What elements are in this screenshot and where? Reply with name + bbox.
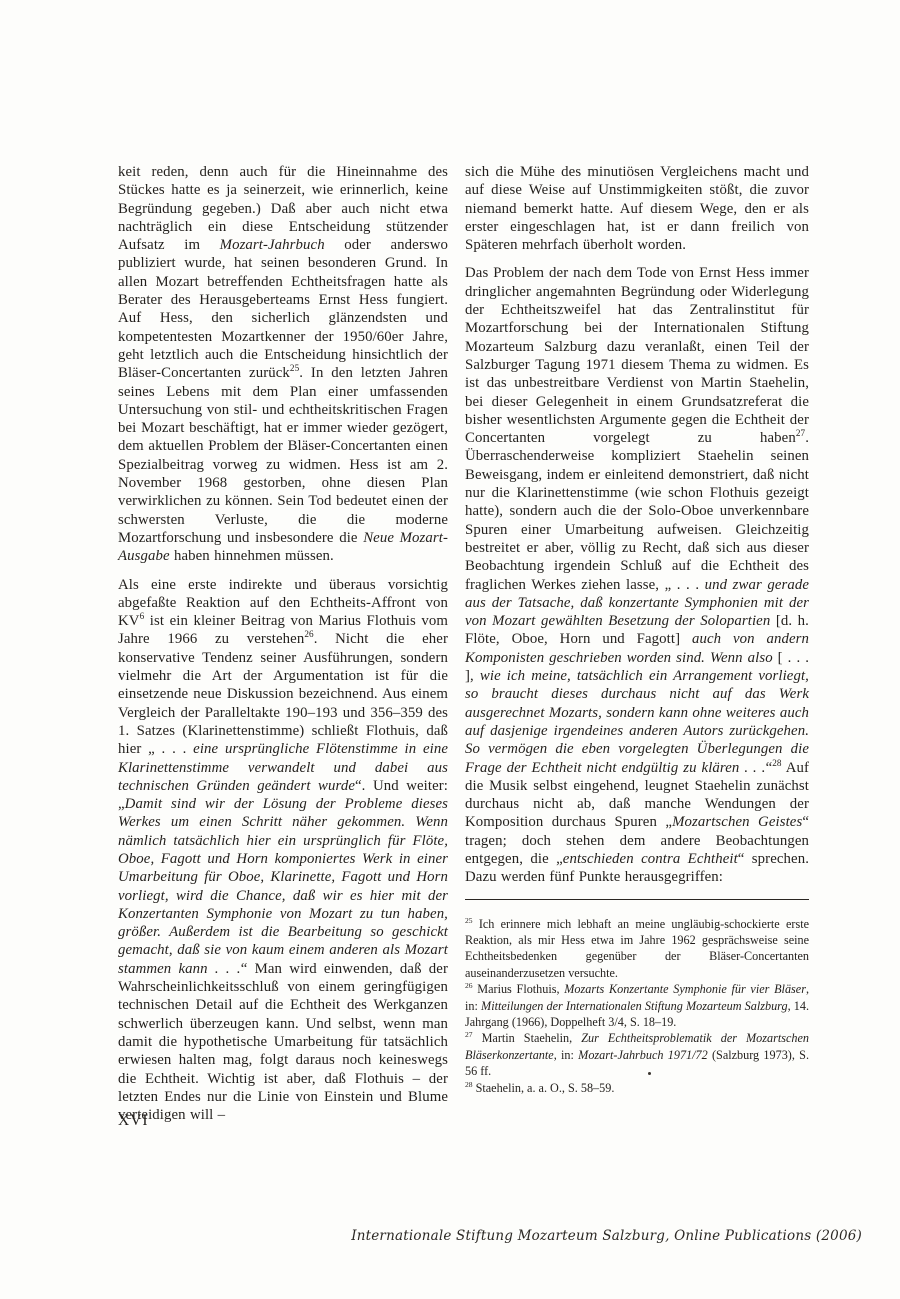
paragraph: sich die Mühe des minutiösen Vergleichen…	[465, 163, 809, 254]
paragraph: Das Problem der nach dem Tode von Ernst …	[465, 264, 809, 886]
document-page: keit reden, denn auch für die Hineinnahm…	[0, 0, 900, 1299]
footnote: 27 Martin Staehelin, Zur Echtheitsproble…	[465, 1030, 809, 1079]
footnote: 28 Staehelin, a. a. O., S. 58–59.	[465, 1080, 809, 1096]
scan-artifact-dot	[648, 1072, 651, 1075]
left-column: keit reden, denn auch für die Hineinnahm…	[118, 163, 448, 1124]
footnotes: 25 Ich erinnere mich lebhaft an meine un…	[465, 916, 809, 1096]
page-number: XVI	[118, 1112, 149, 1130]
footer-credit: Internationale Stiftung Mozarteum Salzbu…	[351, 1228, 862, 1244]
footnote: 26 Marius Flothuis, Mozarts Konzertante …	[465, 981, 809, 1030]
text-columns: keit reden, denn auch für die Hineinnahm…	[118, 163, 809, 1124]
footnote-separator	[465, 899, 809, 900]
paragraph: keit reden, denn auch für die Hineinnahm…	[118, 163, 448, 566]
footnote: 25 Ich erinnere mich lebhaft an meine un…	[465, 916, 809, 982]
paragraph: Als eine erste indirekte und überaus vor…	[118, 576, 448, 1125]
right-column: sich die Mühe des minutiösen Vergleichen…	[465, 163, 809, 1124]
